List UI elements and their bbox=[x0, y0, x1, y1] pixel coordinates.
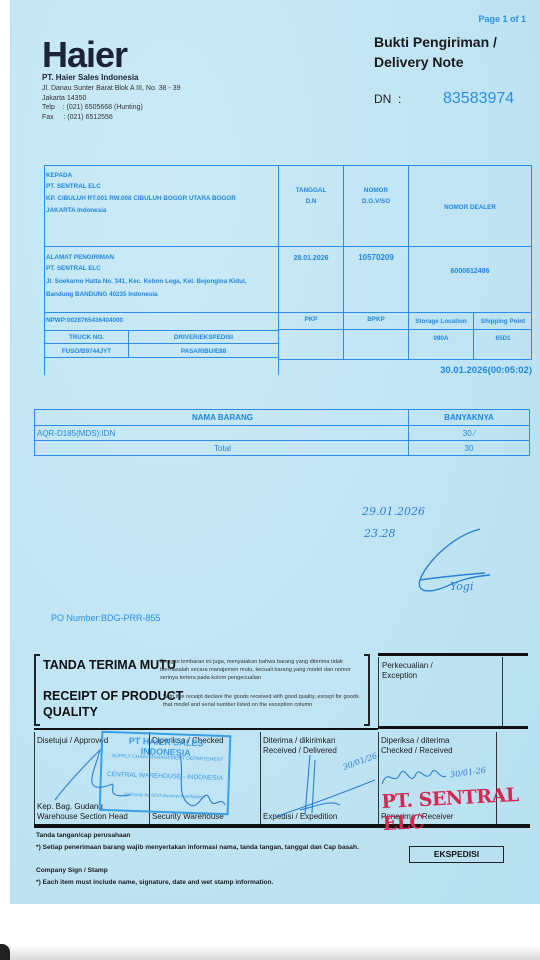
check-mark-icon: ⁄ bbox=[474, 429, 475, 438]
phone-line: Telp : (021) 6505668 (Hunting) bbox=[42, 103, 181, 113]
copy-label-ekspedisi: EKSPEDISI bbox=[409, 846, 504, 863]
shipping-point-header: Shipping Point bbox=[474, 316, 532, 327]
dealer-number: 6000612486 bbox=[409, 266, 531, 277]
divider bbox=[378, 653, 528, 656]
dn-label-small: D.N bbox=[279, 196, 343, 207]
table-row: AQR-D185(MDS):IDN 30 ⁄ bbox=[35, 425, 529, 440]
scan-background bbox=[0, 904, 540, 960]
divider bbox=[378, 726, 528, 729]
shipping-point-value: 65D1 bbox=[474, 333, 532, 344]
exception-label-en: Exception bbox=[382, 671, 433, 681]
shipping-city: Bandung BANDUNG 40235 Indonesia bbox=[46, 289, 158, 300]
do-number: 10570209 bbox=[344, 252, 408, 263]
item-qty-header: BANYAKNYA bbox=[409, 410, 529, 425]
tanggal-label: TANGGAL bbox=[279, 185, 343, 196]
received-delivered-label: Diterima / dikirimkan Received / Deliver… bbox=[263, 736, 337, 756]
page-indicator: Page 1 of 1 bbox=[478, 14, 526, 24]
address-line: Jakarta 14350 bbox=[42, 94, 181, 104]
print-timestamp: 30.01.2026(00:05:02) bbox=[440, 365, 532, 376]
item-qty-value: 30 bbox=[463, 429, 472, 438]
divider bbox=[502, 657, 503, 726]
items-header-row: NAMA BARANG BANYAKNYA bbox=[35, 410, 529, 425]
truck-header: TRUCK NO. bbox=[45, 332, 128, 343]
company-name: PT. Haier Sales Indonesia bbox=[42, 73, 138, 82]
address-line: Jl. Danau Sunter Barat Blok A III, No. 3… bbox=[42, 84, 181, 94]
table-border bbox=[44, 357, 279, 358]
scan-shadow bbox=[0, 946, 540, 960]
title-line-en: Delivery Note bbox=[374, 52, 497, 72]
recipient-city: JAKARTA Indonesia bbox=[46, 205, 107, 216]
recipient-label: KEPADA bbox=[46, 170, 72, 181]
items-table: NAMA BARANG BANYAKNYA AQR-D185(MDS):IDN … bbox=[34, 409, 530, 456]
table-border bbox=[278, 329, 532, 330]
exception-label: Perkecualian / Exception bbox=[382, 661, 433, 681]
note-en: *) Each item must include name, signatur… bbox=[36, 879, 273, 886]
company-sign-label-id: Tanda tangan/cap perusahaan bbox=[36, 832, 130, 839]
item-name-header: NAMA BARANG bbox=[35, 410, 409, 425]
title-line-id: Bukti Pengiriman / bbox=[374, 32, 497, 52]
signature-icon bbox=[410, 525, 500, 605]
npwp-number: NPWP:0028765436404000 bbox=[46, 315, 123, 326]
quality-receipt-box: TANDA TERIMA MUTU Dengan lembaran ini ju… bbox=[34, 654, 370, 726]
total-label: Total bbox=[35, 441, 409, 455]
item-name: AQR-D185(MDS):IDN bbox=[35, 426, 409, 440]
haier-logo: Haier bbox=[42, 34, 127, 76]
quality-text-en: With this receipt declare the goods rece… bbox=[163, 693, 367, 709]
dn-colon: : bbox=[398, 92, 401, 106]
checker-signature-icon bbox=[160, 745, 230, 820]
table-border bbox=[44, 165, 532, 166]
checked-received-label: Diperiksa / diterima Checked / Received bbox=[381, 736, 453, 756]
exception-label-id: Perkecualian / bbox=[382, 661, 433, 671]
table-border bbox=[278, 359, 532, 360]
fax-line: Fax : (021) 6512556 bbox=[42, 113, 181, 123]
table-border bbox=[44, 343, 279, 344]
dov-so-label: D.O.V/SO bbox=[344, 196, 408, 207]
recipient-address: KP. CIBULUH RT.001 RW.008 CIBULUH BOGOR … bbox=[46, 193, 236, 204]
document-title: Bukti Pengiriman / Delivery Note bbox=[374, 32, 497, 72]
note-id: *) Setiap penerimaan barang wajib menyer… bbox=[36, 844, 359, 851]
scan-edge bbox=[0, 944, 10, 960]
shipping-label: ALAMAT PENGIRIMAN bbox=[46, 252, 114, 263]
divider bbox=[34, 728, 378, 730]
bpkp-header: BPKP bbox=[344, 314, 408, 325]
pkp-header: PKP bbox=[279, 314, 343, 325]
table-border bbox=[408, 165, 409, 360]
driver-name: PASARIBU/E88 bbox=[129, 346, 278, 357]
tanggal-header: TANGGAL D.N bbox=[279, 185, 343, 207]
total-row: Total 30 bbox=[35, 440, 529, 455]
dn-number: 83583974 bbox=[443, 90, 514, 108]
driver-header: DRIVER/EKSPEDISI bbox=[129, 332, 278, 343]
quality-text-id: Dengan lembaran ini juga, menyatakan bah… bbox=[160, 658, 365, 682]
table-border bbox=[44, 330, 279, 331]
po-number: PO Number:BDG-PRR-855 bbox=[51, 613, 161, 623]
truck-number: FUSO/B9744JYT bbox=[45, 346, 128, 357]
bracket-left bbox=[34, 654, 40, 726]
table-border bbox=[44, 312, 532, 313]
quality-title-id: TANDA TERIMA MUTU bbox=[43, 657, 176, 673]
nomor-header: NOMOR D.O.V/SO bbox=[344, 185, 408, 207]
table-border bbox=[531, 165, 532, 360]
dealer-header: NOMOR DEALER bbox=[409, 202, 531, 213]
company-sign-label-en: Company Sign / Stamp bbox=[36, 867, 108, 874]
dn-date: 28.01.2026 bbox=[279, 253, 343, 264]
divider bbox=[260, 732, 261, 824]
approver-signature-icon bbox=[40, 740, 150, 815]
sig-top-line1: Diperiksa / diterima bbox=[381, 736, 453, 746]
storage-location-header: Storage Location bbox=[409, 316, 473, 327]
table-border bbox=[44, 246, 532, 247]
handwritten-date: 29.01.2026 bbox=[362, 505, 425, 518]
dn-label: DN bbox=[374, 92, 391, 106]
handwritten-signature-name: Yogi bbox=[450, 580, 474, 593]
exception-box: Perkecualian / Exception bbox=[378, 653, 528, 729]
divider bbox=[378, 657, 379, 726]
item-qty: 30 ⁄ bbox=[409, 426, 529, 440]
company-address: Jl. Danau Sunter Barat Blok A III, No. 3… bbox=[42, 84, 181, 122]
sig-top-line1: Diterima / dikirimkan bbox=[263, 736, 337, 746]
sig-top-line2: Checked / Received bbox=[381, 746, 453, 756]
shipping-address: Jl. Soekarno Hatta No. 341, Kec. Kebon L… bbox=[46, 276, 247, 287]
storage-location-value: 090A bbox=[409, 333, 473, 344]
shipping-name: PT. SENTRAL ELC bbox=[46, 263, 101, 274]
recipient-name: PT. SENTRAL ELC bbox=[46, 181, 101, 192]
divider bbox=[34, 732, 35, 824]
total-qty: 30 bbox=[409, 441, 529, 455]
nomor-label: NOMOR bbox=[344, 185, 408, 196]
handwritten-time: 23.28 bbox=[364, 527, 396, 540]
receiver-company-stamp: PT. SENTRAL ELC bbox=[381, 783, 540, 835]
